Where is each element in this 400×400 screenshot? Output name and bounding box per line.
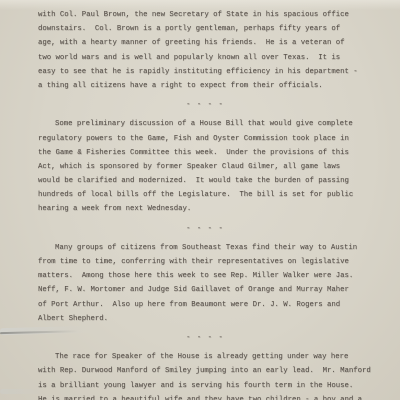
paragraph-3: Many groups of citizens from Southeast T… — [38, 241, 372, 326]
text-line: is a brilliant young lawyer and is servi… — [38, 379, 372, 393]
text-line: from time to time, conferring with their… — [38, 255, 372, 269]
text-line: hundreds of local bills off the Legislat… — [38, 188, 372, 202]
text-line: of Port Arthur. Also up here from Beaumo… — [38, 298, 372, 312]
text-line: hearing a week from next Wednesday. — [38, 202, 372, 216]
section-divider: - - - - — [38, 331, 372, 345]
text-line: matters. Among those here this week to s… — [38, 269, 372, 283]
text-line: Some preliminary discussion of a House B… — [38, 117, 372, 131]
text-line: easy to see that he is rapidly instituti… — [38, 65, 372, 79]
section-divider: - - - - — [38, 222, 372, 236]
text-line: Many groups of citizens from Southeast T… — [38, 241, 372, 255]
text-line: two world wars and is well and popularly… — [38, 51, 372, 65]
text-line: Act, which is sponsored by former Speake… — [38, 160, 372, 174]
paragraph-4: The race for Speaker of the House is alr… — [38, 350, 372, 400]
text-line: a thing all citizens have a right to exp… — [38, 79, 372, 93]
text-line: would be clarified and modernized. It wo… — [38, 174, 372, 188]
text-line: The race for Speaker of the House is alr… — [38, 350, 372, 364]
typed-text-column: with Col. Paul Brown, the new Secretary … — [38, 8, 372, 400]
paper-smudge-small — [0, 389, 46, 394]
text-line: Neff, F. W. Mortomer and Judge Sid Gaill… — [38, 283, 372, 297]
text-line: Albert Shepherd. — [38, 312, 372, 326]
text-line: the Game & Fisheries Committee this week… — [38, 146, 372, 160]
typewritten-page: with Col. Paul Brown, the new Secretary … — [0, 0, 400, 400]
text-line: with Rep. Durwood Manford of Smiley jump… — [38, 364, 372, 378]
paragraph-1: with Col. Paul Brown, the new Secretary … — [38, 8, 372, 93]
paragraph-2: Some preliminary discussion of a House B… — [38, 117, 372, 216]
text-line: age, with a hearty manner of greeting hi… — [38, 36, 372, 50]
text-line: downstairs. Col. Brown is a portly gentl… — [38, 22, 372, 36]
text-line: He is married to a beautiful wife and th… — [38, 393, 372, 400]
section-divider: - - - - — [38, 98, 372, 112]
text-line: with Col. Paul Brown, the new Secretary … — [38, 8, 372, 22]
text-line: regulatory powers to the Game, Fish and … — [38, 132, 372, 146]
